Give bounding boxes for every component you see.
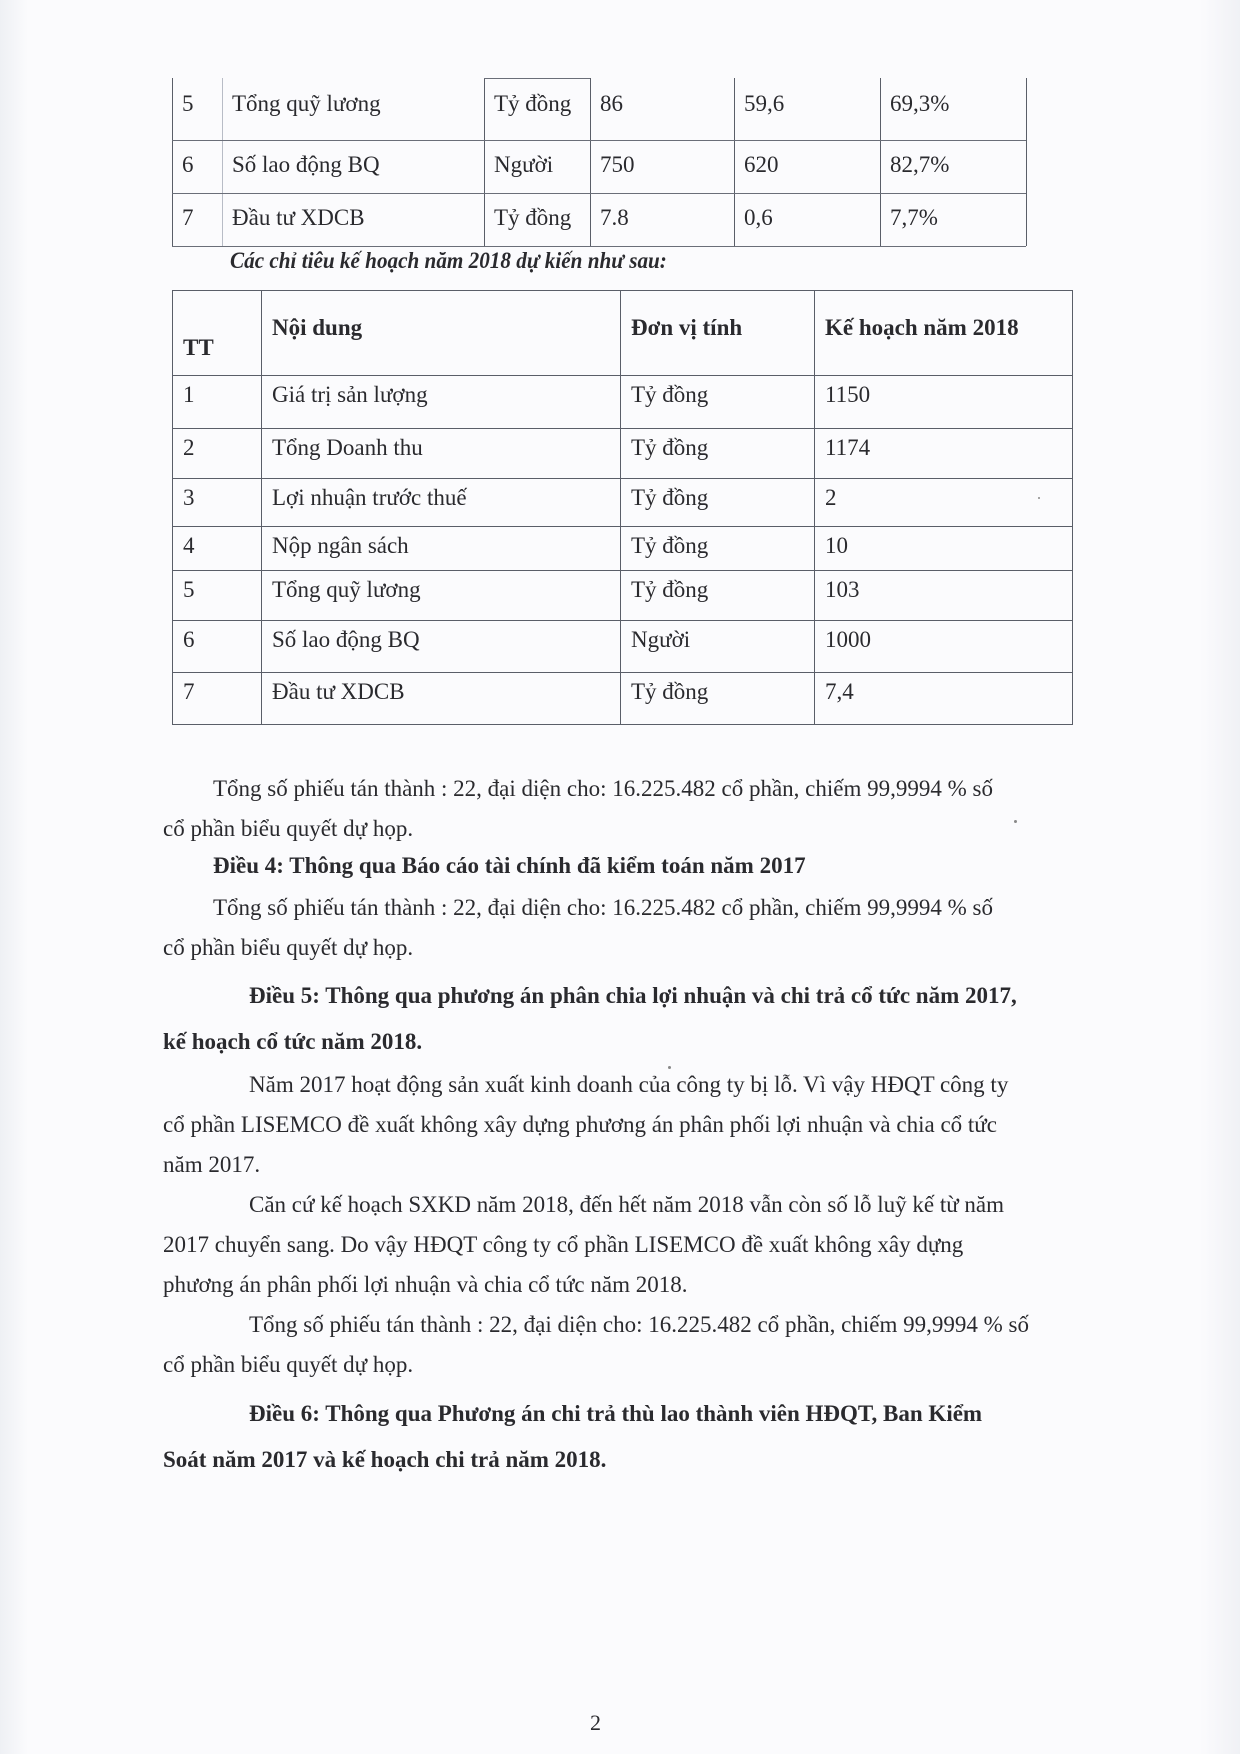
table-cell-noi-dung: Giá trị sản lượng (262, 376, 621, 429)
vote-result-article3: Tổng số phiếu tán thành : 22, đại diện c… (163, 769, 1053, 849)
table-cell-don-vi: Người (494, 140, 590, 193)
scan-speck (1014, 820, 1017, 823)
vote-result-article5: Tổng số phiếu tán thành : 22, đại diện c… (163, 1305, 1053, 1385)
vote-result-article4: Tổng số phiếu tán thành : 22, đại diện c… (163, 888, 1053, 968)
table-grid-line (172, 246, 1026, 247)
table-cell-tt: 3 (173, 479, 262, 527)
table-cell-don-vi: Tỷ đồng (621, 527, 815, 571)
scan-speck (1038, 497, 1040, 499)
table-cell-tt: 7 (182, 193, 222, 246)
table-cell-noi-dung: Số lao động BQ (262, 621, 621, 673)
table-cell-tt: 2 (173, 429, 262, 479)
table-cell-ke-hoach: 1000 (815, 621, 1073, 673)
table-cell-col6: 82,7% (890, 140, 1026, 193)
table-grid-line (172, 140, 1026, 141)
table-cell-ke-hoach: 1150 (815, 376, 1073, 429)
table-row: 4Nộp ngân sáchTỷ đồng10 (173, 527, 1073, 571)
table-cell-ke-hoach: 103 (815, 571, 1073, 621)
table-cell-col4: 86 (600, 78, 734, 140)
table-grid-line (880, 78, 881, 246)
table-grid-line (172, 193, 1026, 194)
article6-title: Điều 6: Thông qua Phương án chi trả thù … (163, 1394, 1053, 1480)
article5-paragraph-1: Năm 2017 hoạt động sản xuất kinh doanh c… (163, 1065, 1053, 1185)
table-grid-line (590, 78, 591, 246)
table-cell-don-vi: Tỷ đồng (494, 78, 590, 140)
article4-title: Điều 4: Thông qua Báo cáo tài chính đã k… (163, 846, 1053, 886)
scan-shadow-right (1200, 0, 1240, 1754)
table-grid-line (1026, 78, 1027, 246)
page-number: 2 (590, 1710, 601, 1736)
table-cell-don-vi: Tỷ đồng (621, 429, 815, 479)
table-cell-ke-hoach: 7,4 (815, 673, 1073, 725)
table-row: 3Lợi nhuận trước thuếTỷ đồng2 (173, 479, 1073, 527)
table-cell-tt: 6 (182, 140, 222, 193)
plan-heading: Các chỉ tiêu kế hoạch năm 2018 dự kiến n… (230, 248, 667, 274)
results-table-continued: 5Tổng quỹ lươngTỷ đồng8659,669,3%6Số lao… (172, 78, 1026, 246)
table-cell-col4: 750 (600, 140, 734, 193)
table-cell-col5: 59,6 (744, 78, 880, 140)
table-row: 7Đầu tư XDCBTỷ đồng7,4 (173, 673, 1073, 725)
header-noi-dung: Nội dung (262, 291, 621, 376)
header-don-vi: Đơn vị tính (621, 291, 815, 376)
table-cell-tt: 5 (173, 571, 262, 621)
scan-shadow-left (0, 0, 28, 1754)
table-cell-col5: 620 (744, 140, 880, 193)
table-cell-don-vi: Tỷ đồng (621, 571, 815, 621)
table-grid-line (222, 78, 223, 246)
table-grid-line (734, 78, 735, 246)
table-cell-col6: 7,7% (890, 193, 1026, 246)
table-cell-tt: 7 (173, 673, 262, 725)
table-row: 5Tổng quỹ lươngTỷ đồng103 (173, 571, 1073, 621)
table-cell-noi-dung: Đầu tư XDCB (262, 673, 621, 725)
table-grid-line (172, 78, 173, 246)
table-cell-tt: 4 (173, 527, 262, 571)
table-cell-ke-hoach: 2 (815, 479, 1073, 527)
article5-title: Điều 5: Thông qua phương án phân chia lợ… (163, 976, 1053, 1062)
article5-paragraph-2: Căn cứ kế hoạch SXKD năm 2018, đến hết n… (163, 1185, 1053, 1305)
table-cell-don-vi: Tỷ đồng (621, 479, 815, 527)
table-cell-ke-hoach: 1174 (815, 429, 1073, 479)
table-row: 7Đầu tư XDCBTỷ đồng7.80,67,7% (172, 193, 1026, 246)
table-cell-don-vi: Tỷ đồng (621, 376, 815, 429)
header-ke-hoach: Kế hoạch năm 2018 (815, 291, 1073, 376)
table-grid-line (484, 78, 590, 79)
table-cell-noi-dung: Tổng quỹ lương (262, 571, 621, 621)
table-cell-noi-dung: Lợi nhuận trước thuế (262, 479, 621, 527)
table-cell-noi-dung: Tổng quỹ lương (232, 78, 484, 140)
table-header-row: TT Nội dung Đơn vị tính Kế hoạch năm 201… (173, 291, 1073, 376)
table-grid-line (484, 78, 485, 246)
table-cell-tt: 6 (173, 621, 262, 673)
table-row: 6Số lao động BQNgười1000 (173, 621, 1073, 673)
table-row: 1Giá trị sản lượngTỷ đồng1150 (173, 376, 1073, 429)
table-cell-col4: 7.8 (600, 193, 734, 246)
table-row: 6Số lao động BQNgười75062082,7% (172, 140, 1026, 193)
table-cell-noi-dung: Đầu tư XDCB (232, 193, 484, 246)
table-cell-tt: 1 (173, 376, 262, 429)
table-cell-col5: 0,6 (744, 193, 880, 246)
table-cell-col6: 69,3% (890, 78, 1026, 140)
table-row: 2Tổng Doanh thuTỷ đồng1174 (173, 429, 1073, 479)
plan-2018-table: TT Nội dung Đơn vị tính Kế hoạch năm 201… (172, 290, 1073, 725)
table-cell-tt: 5 (182, 78, 222, 140)
table-cell-noi-dung: Tổng Doanh thu (262, 429, 621, 479)
table-cell-noi-dung: Số lao động BQ (232, 140, 484, 193)
table-cell-don-vi: Tỷ đồng (494, 193, 590, 246)
header-tt: TT (173, 291, 262, 376)
scan-speck (668, 1066, 671, 1069)
table-cell-noi-dung: Nộp ngân sách (262, 527, 621, 571)
table-cell-don-vi: Người (621, 621, 815, 673)
table-cell-ke-hoach: 10 (815, 527, 1073, 571)
table-cell-don-vi: Tỷ đồng (621, 673, 815, 725)
table-row: 5Tổng quỹ lươngTỷ đồng8659,669,3% (172, 78, 1026, 140)
